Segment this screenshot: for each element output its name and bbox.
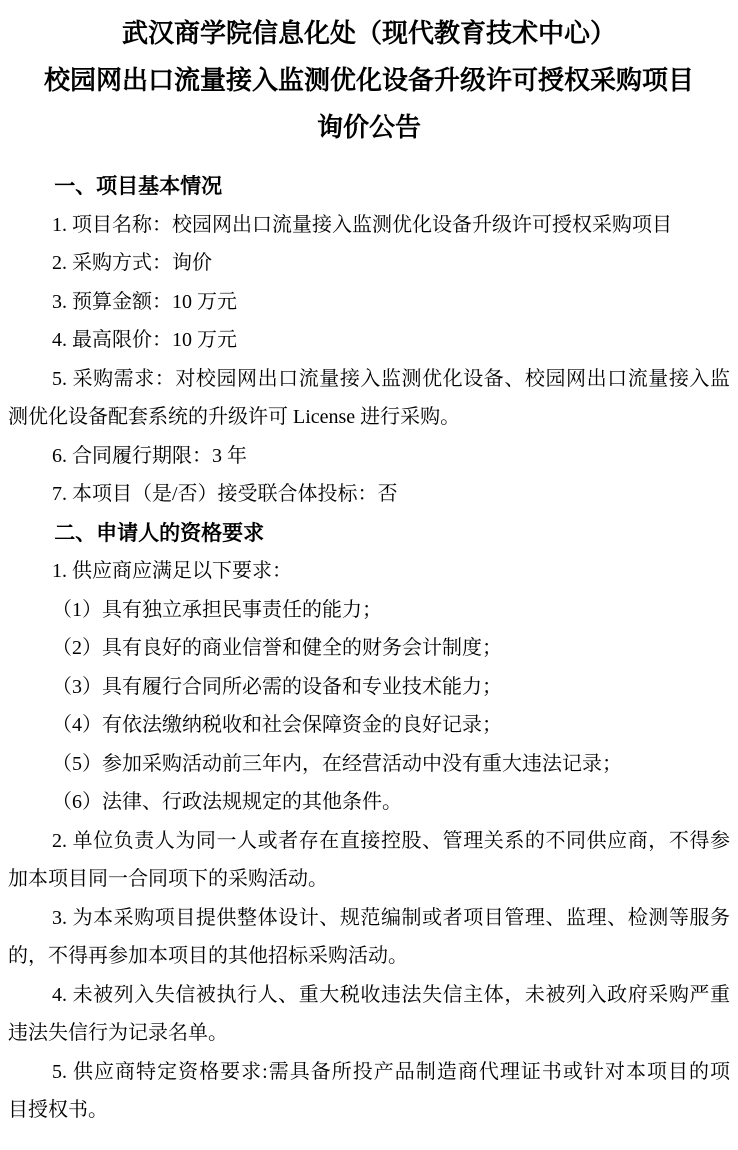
paragraph-line: 1. 项目名称：校园网出口流量接入监测优化设备升级许可授权采购项目 [8, 206, 730, 245]
document-page: 武汉商学院信息化处（现代教育技术中心） 校园网出口流量接入监测优化设备升级许可授… [0, 0, 738, 1130]
doc-title-line-3: 询价公告 [8, 104, 730, 151]
paragraph-line: 2. 采购方式：询价 [8, 244, 730, 283]
paragraph-line: 3. 预算金额：10 万元 [8, 283, 730, 322]
paragraph-line: 的，不得再参加本项目的其他招标采购活动。 [8, 937, 730, 976]
paragraph-line: 5. 供应商特定资格要求:需具备所投产品制造商代理证书或针对本项目的项 [8, 1053, 730, 1092]
paragraph-line: 加本项目同一合同项下的采购活动。 [8, 860, 730, 899]
document-body: 一、项目基本情况1. 项目名称：校园网出口流量接入监测优化设备升级许可授权采购项… [8, 167, 730, 1130]
paragraph-line: （3）具有履行合同所必需的设备和专业技术能力； [8, 668, 730, 707]
paragraph-line: （4）有依法缴纳税收和社会保障资金的良好记录； [8, 706, 730, 745]
paragraph-line: 5. 采购需求：对校园网出口流量接入监测优化设备、校园网出口流量接入监 [8, 360, 730, 399]
paragraph-line: 1. 供应商应满足以下要求： [8, 552, 730, 591]
paragraph-line: 4. 未被列入失信被执行人、重大税收违法失信主体，未被列入政府采购严重 [8, 976, 730, 1015]
paragraph-line: （2）具有良好的商业信誉和健全的财务会计制度； [8, 629, 730, 668]
paragraph-line: （1）具有独立承担民事责任的能力； [8, 591, 730, 630]
section-heading: 二、申请人的资格要求 [8, 514, 730, 553]
paragraph-line: 3. 为本采购项目提供整体设计、规范编制或者项目管理、监理、检测等服务 [8, 899, 730, 938]
doc-title-line-2: 校园网出口流量接入监测优化设备升级许可授权采购项目 [8, 57, 730, 104]
paragraph-line: （6）法律、行政法规规定的其他条件。 [8, 783, 730, 822]
paragraph-line: 6. 合同履行期限：3 年 [8, 437, 730, 476]
paragraph-line: 4. 最高限价：10 万元 [8, 321, 730, 360]
doc-title-line-1: 武汉商学院信息化处（现代教育技术中心） [8, 10, 730, 57]
paragraph-line: 2. 单位负责人为同一人或者存在直接控股、管理关系的不同供应商，不得参 [8, 822, 730, 861]
paragraph-line: 违法失信行为记录名单。 [8, 1014, 730, 1053]
paragraph-line: 7. 本项目（是/否）接受联合体投标：否 [8, 475, 730, 514]
paragraph-line: 目授权书。 [8, 1091, 730, 1130]
section-heading: 一、项目基本情况 [8, 167, 730, 206]
document-title: 武汉商学院信息化处（现代教育技术中心） 校园网出口流量接入监测优化设备升级许可授… [8, 10, 730, 151]
paragraph-line: 测优化设备配套系统的升级许可 License 进行采购。 [8, 398, 730, 437]
paragraph-line: （5）参加采购活动前三年内，在经营活动中没有重大违法记录； [8, 745, 730, 784]
